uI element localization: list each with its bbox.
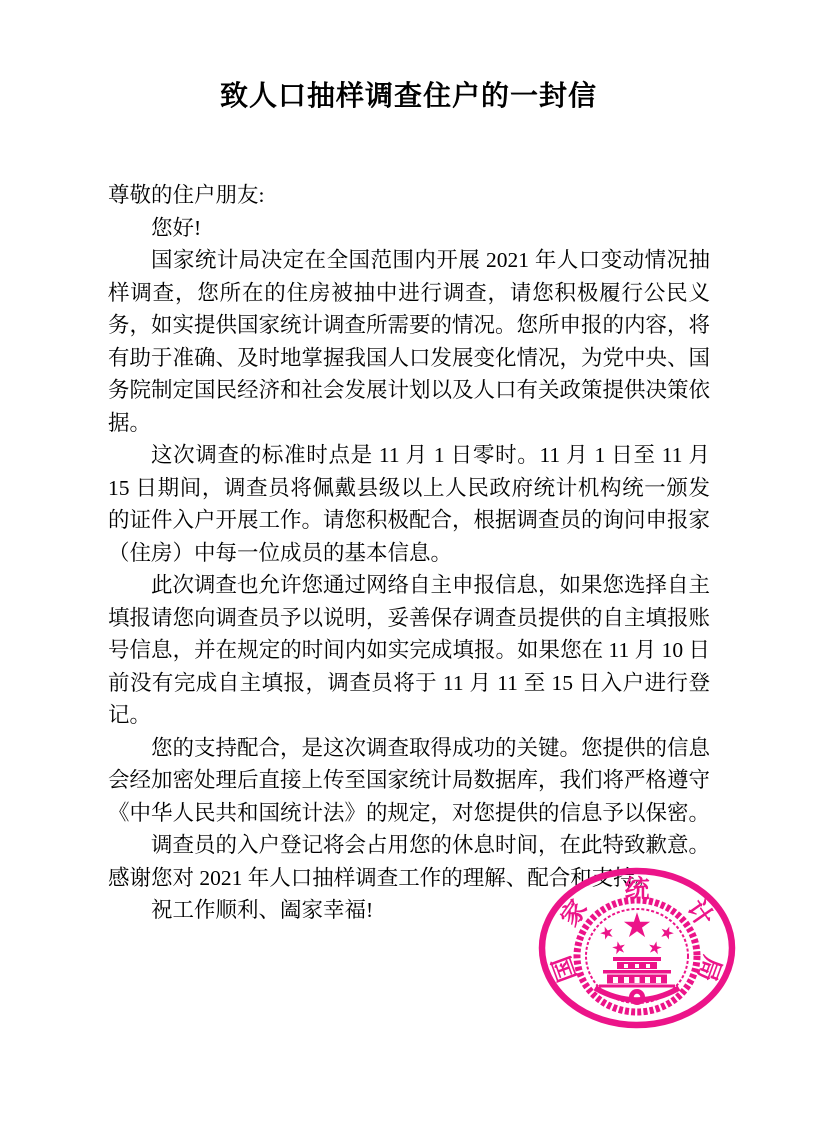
emblem-star-small-right-upper (659, 924, 675, 940)
paragraph-self-reporting: 此次调查也允许您通过网络自主申报信息，如果您选择自主填报请您向调查员予以说明，妥… (108, 569, 710, 732)
page-title: 致人口抽样调查住户的一封信 (0, 74, 817, 114)
emblem-star-big (624, 912, 650, 937)
emblem-star-small-left-upper (599, 924, 615, 940)
letter-body: 尊敬的住户朋友: 您好! 国家统计局决定在全国范围内开展 2021 年人口变动情… (108, 179, 710, 927)
emblem-star-small-left-lower (611, 940, 626, 955)
paragraph-confidentiality: 您的支持配合，是这次调查取得成功的关键。您提供的信息会经加密处理后直接上传至国家… (108, 732, 710, 830)
emblem-gate (599, 957, 675, 988)
salutation: 尊敬的住户朋友: (108, 179, 710, 212)
paragraph-survey-schedule: 这次调查的标准时点是 11 月 1 日零时。11 月 1 日至 11 月 15 … (108, 439, 710, 569)
greeting-line: 您好! (108, 212, 710, 245)
paragraph-survey-announcement: 国家统计局决定在全国范围内开展 2021 年人口变动情况抽样调查，您所在的住房被… (108, 244, 710, 439)
national-emblem (577, 900, 697, 1012)
official-seal: 国 家 统 计 局 (538, 867, 736, 1030)
letter-page: 致人口抽样调查住户的一封信 尊敬的住户朋友: 您好! 国家统计局决定在全国范围内… (0, 0, 817, 1123)
emblem-star-small-right-lower (648, 940, 663, 955)
